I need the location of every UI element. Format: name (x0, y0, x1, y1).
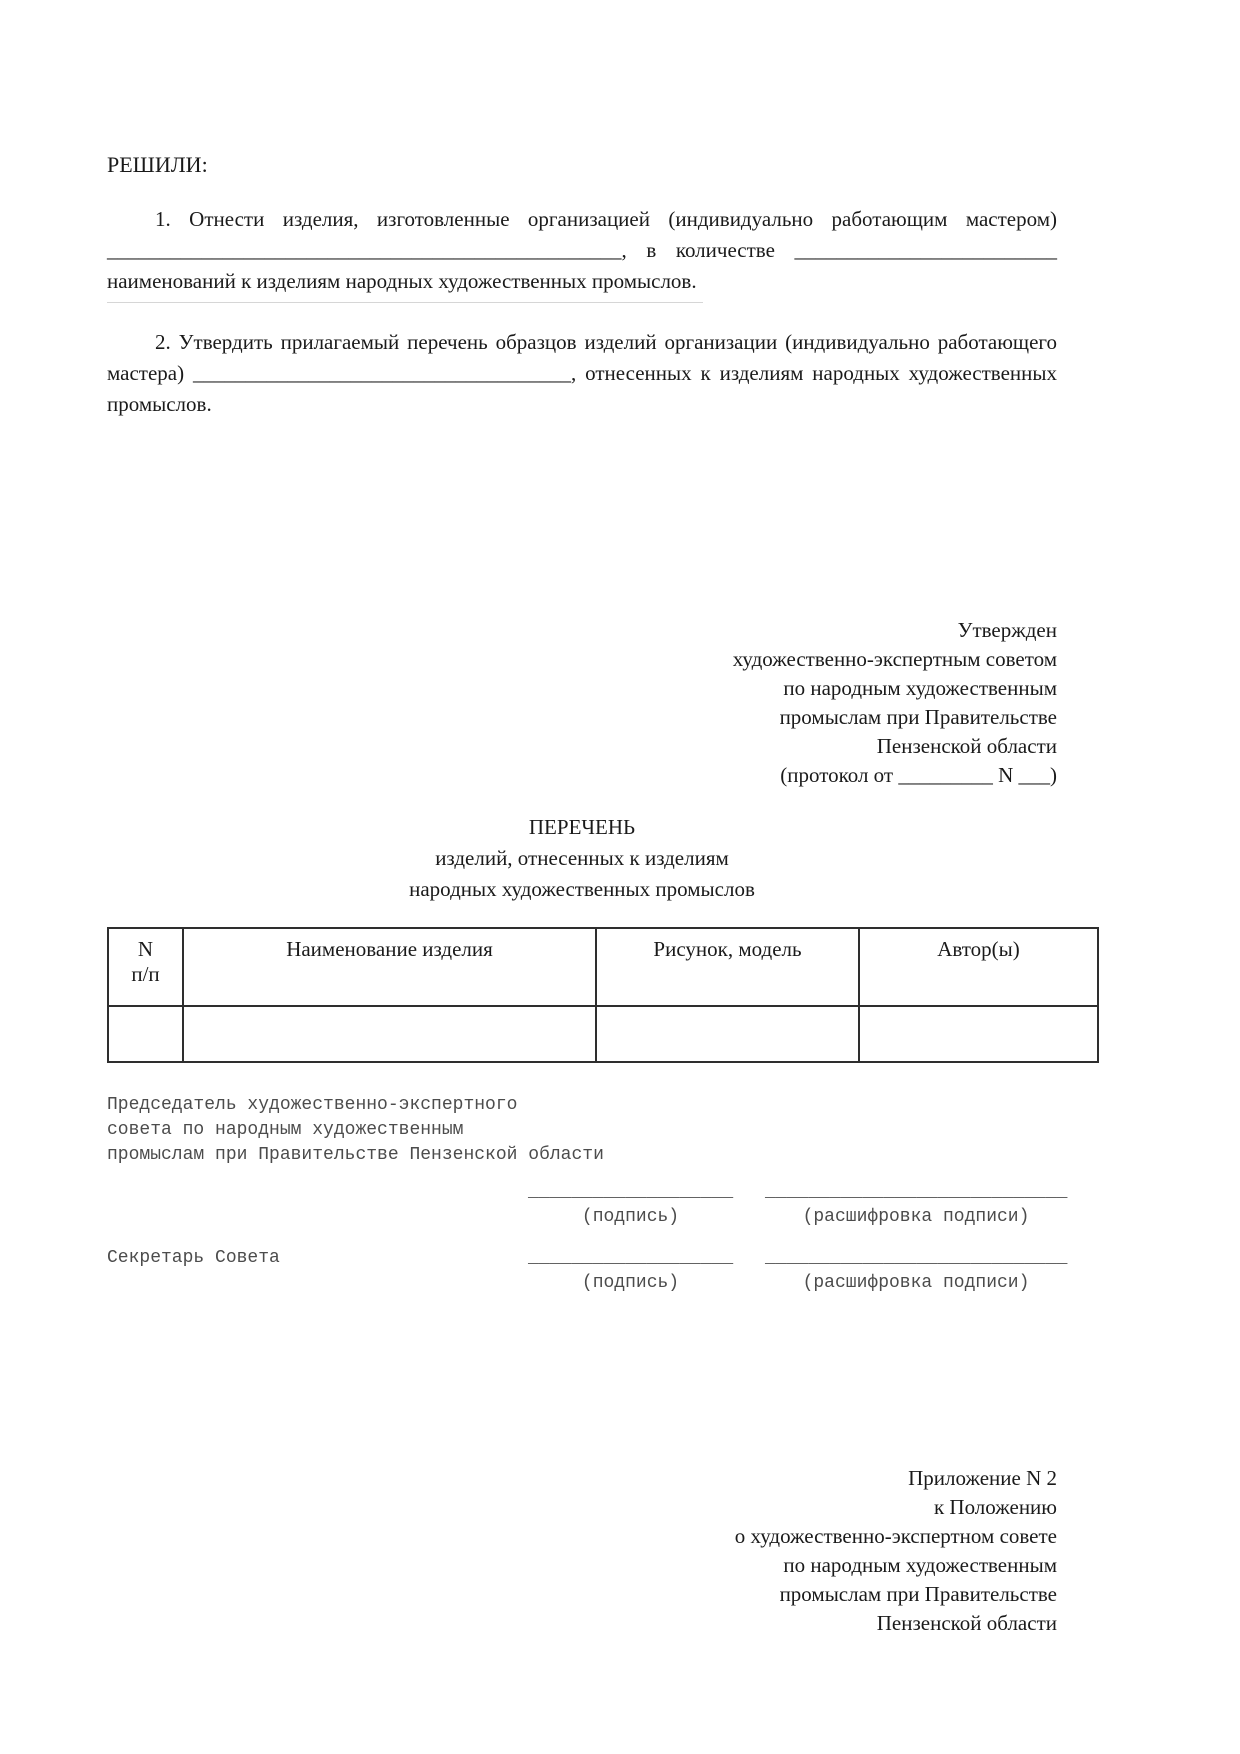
appendix-line: Приложение N 2 (107, 1464, 1057, 1493)
chairman-title-line: совета по народным художественным (107, 1118, 1057, 1143)
approval-line: промыслам при Правительстве (107, 703, 1057, 732)
transcript-field: ____________________________ (расшифровк… (765, 1180, 1067, 1230)
signature-caption: (подпись) (528, 1205, 733, 1230)
resolution-paragraph-1: 1. Отнести изделия, изготовленные органи… (107, 204, 1057, 297)
signature-caption: (подпись) (528, 1271, 733, 1296)
transcript-caption: (расшифровка подписи) (765, 1205, 1067, 1230)
transcript-blank-line: ____________________________ (765, 1182, 1067, 1202)
blank-line: ________________________________________… (107, 238, 622, 262)
resolved-heading: РЕШИЛИ: (107, 152, 1057, 178)
approval-line: по народным художественным (107, 674, 1057, 703)
approval-block: Утвержден художественно-экспертным совет… (107, 616, 1057, 790)
appendix-line: промыслам при Правительстве (107, 1580, 1057, 1609)
table-header-row: N п/п Наименование изделия Рисунок, моде… (108, 928, 1098, 1006)
column-header-name: Наименование изделия (183, 928, 596, 1006)
signature-field: ___________________ (подпись) (528, 1246, 733, 1296)
column-header-number-line1: N (113, 937, 178, 962)
appendix-line: к Положению (107, 1493, 1057, 1522)
approval-protocol-line: (протокол от _________ N ___) (107, 761, 1057, 790)
approval-line: Пензенской области (107, 732, 1057, 761)
products-table: N п/п Наименование изделия Рисунок, моде… (107, 927, 1099, 1063)
signature-field: ___________________ (подпись) (528, 1180, 733, 1230)
column-header-model: Рисунок, модель (596, 928, 859, 1006)
table-cell-authors (859, 1006, 1098, 1062)
column-header-number: N п/п (108, 928, 183, 1006)
table-cell-name (183, 1006, 596, 1062)
list-subtitle: народных художественных промыслов (107, 874, 1057, 905)
secretary-signature-row: Секретарь Совета ___________________ (по… (107, 1246, 1057, 1296)
table-cell-number (108, 1006, 183, 1062)
table-cell-model (596, 1006, 859, 1062)
appendix-block: Приложение N 2 к Положению о художествен… (107, 1464, 1057, 1638)
blank-line: ____________________________________ (193, 361, 571, 385)
transcript-caption: (расшифровка подписи) (765, 1271, 1067, 1296)
paragraph-text: 1. Отнести изделия, изготовленные органи… (155, 207, 1057, 231)
chairman-title-line: промыслам при Правительстве Пензенской о… (107, 1143, 1057, 1168)
table-row (108, 1006, 1098, 1062)
signature-blank-line: ___________________ (528, 1248, 733, 1268)
list-heading: ПЕРЕЧЕНЬ изделий, отнесенных к изделиям … (107, 812, 1057, 905)
transcript-blank-line: ____________________________ (765, 1248, 1067, 1268)
appendix-line: по народным художественным (107, 1551, 1057, 1580)
list-subtitle: изделий, отнесенных к изделиям (107, 843, 1057, 874)
approval-line: Утвержден (107, 616, 1057, 645)
chairman-signature-row: ___________________ (подпись) __________… (107, 1180, 1057, 1230)
appendix-line: Пензенской области (107, 1609, 1057, 1638)
transcript-field: ____________________________ (расшифровк… (765, 1246, 1067, 1296)
blank-line: _________________________ (795, 238, 1058, 262)
appendix-line: о художественно-экспертном совете (107, 1522, 1057, 1551)
chairman-title-line: Председатель художественно-экспертного (107, 1093, 1057, 1118)
signature-blank-line: ___________________ (528, 1182, 733, 1202)
approval-line: художественно-экспертным советом (107, 645, 1057, 674)
column-header-authors: Автор(ы) (859, 928, 1098, 1006)
resolution-paragraph-2: 2. Утвердить прилагаемый перечень образц… (107, 327, 1057, 420)
secretary-title: Секретарь Совета (107, 1246, 528, 1271)
signature-block: Председатель художественно-экспертного с… (107, 1093, 1057, 1296)
paragraph-text: наименований к изделиям народных художес… (107, 269, 697, 293)
document-page: РЕШИЛИ: 1. Отнести изделия, изготовленны… (0, 0, 1240, 1754)
paragraph-text: , в количестве (622, 238, 775, 262)
list-title: ПЕРЕЧЕНЬ (107, 812, 1057, 843)
column-header-number-line2: п/п (113, 962, 178, 987)
scan-artifact-line (107, 302, 703, 303)
